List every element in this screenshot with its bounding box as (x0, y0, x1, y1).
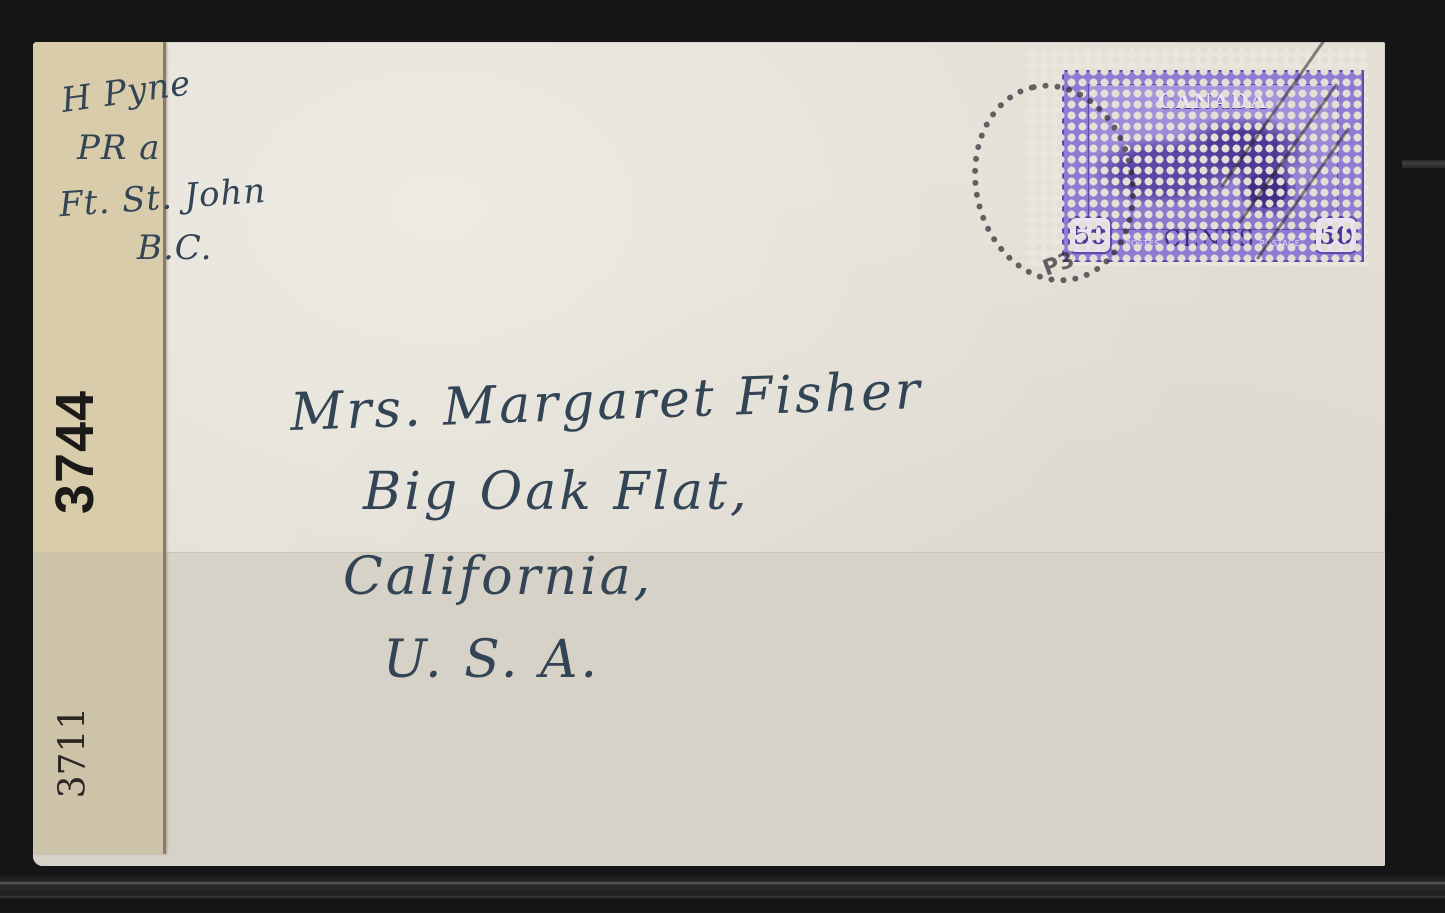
stamp-country: CANADA (1089, 89, 1337, 113)
stamp-denomination: CENTS (1164, 227, 1256, 252)
recipient-town: Big Oak Flat, (363, 462, 749, 522)
back-flap-shadow (33, 552, 1385, 866)
holder-bottom-edge (0, 875, 1445, 913)
sender-line-2: PR a (77, 128, 161, 168)
stamp-denomination-row: POSTES CENTS POSTAGE (1114, 227, 1312, 252)
censor-number: 3744 (45, 372, 105, 532)
censor-code: 3711 (43, 682, 103, 822)
censor-code-text: 3711 (53, 706, 94, 798)
stamp-value-right: 50 (1314, 216, 1358, 254)
recipient-name: Mrs. Margaret Fisher (289, 361, 924, 443)
sender-province: B.C. (137, 228, 212, 268)
recipient-country: U. S. A. (383, 630, 600, 690)
holder-right-edge (1402, 160, 1445, 168)
censor-number-text: 3744 (44, 390, 106, 514)
stamp-label-postes: POSTES (1126, 239, 1160, 248)
envelope: 3744 3711 H Pyne PR a Ft. St. John B.C. … (33, 42, 1385, 866)
recipient-state: California, (343, 547, 653, 607)
